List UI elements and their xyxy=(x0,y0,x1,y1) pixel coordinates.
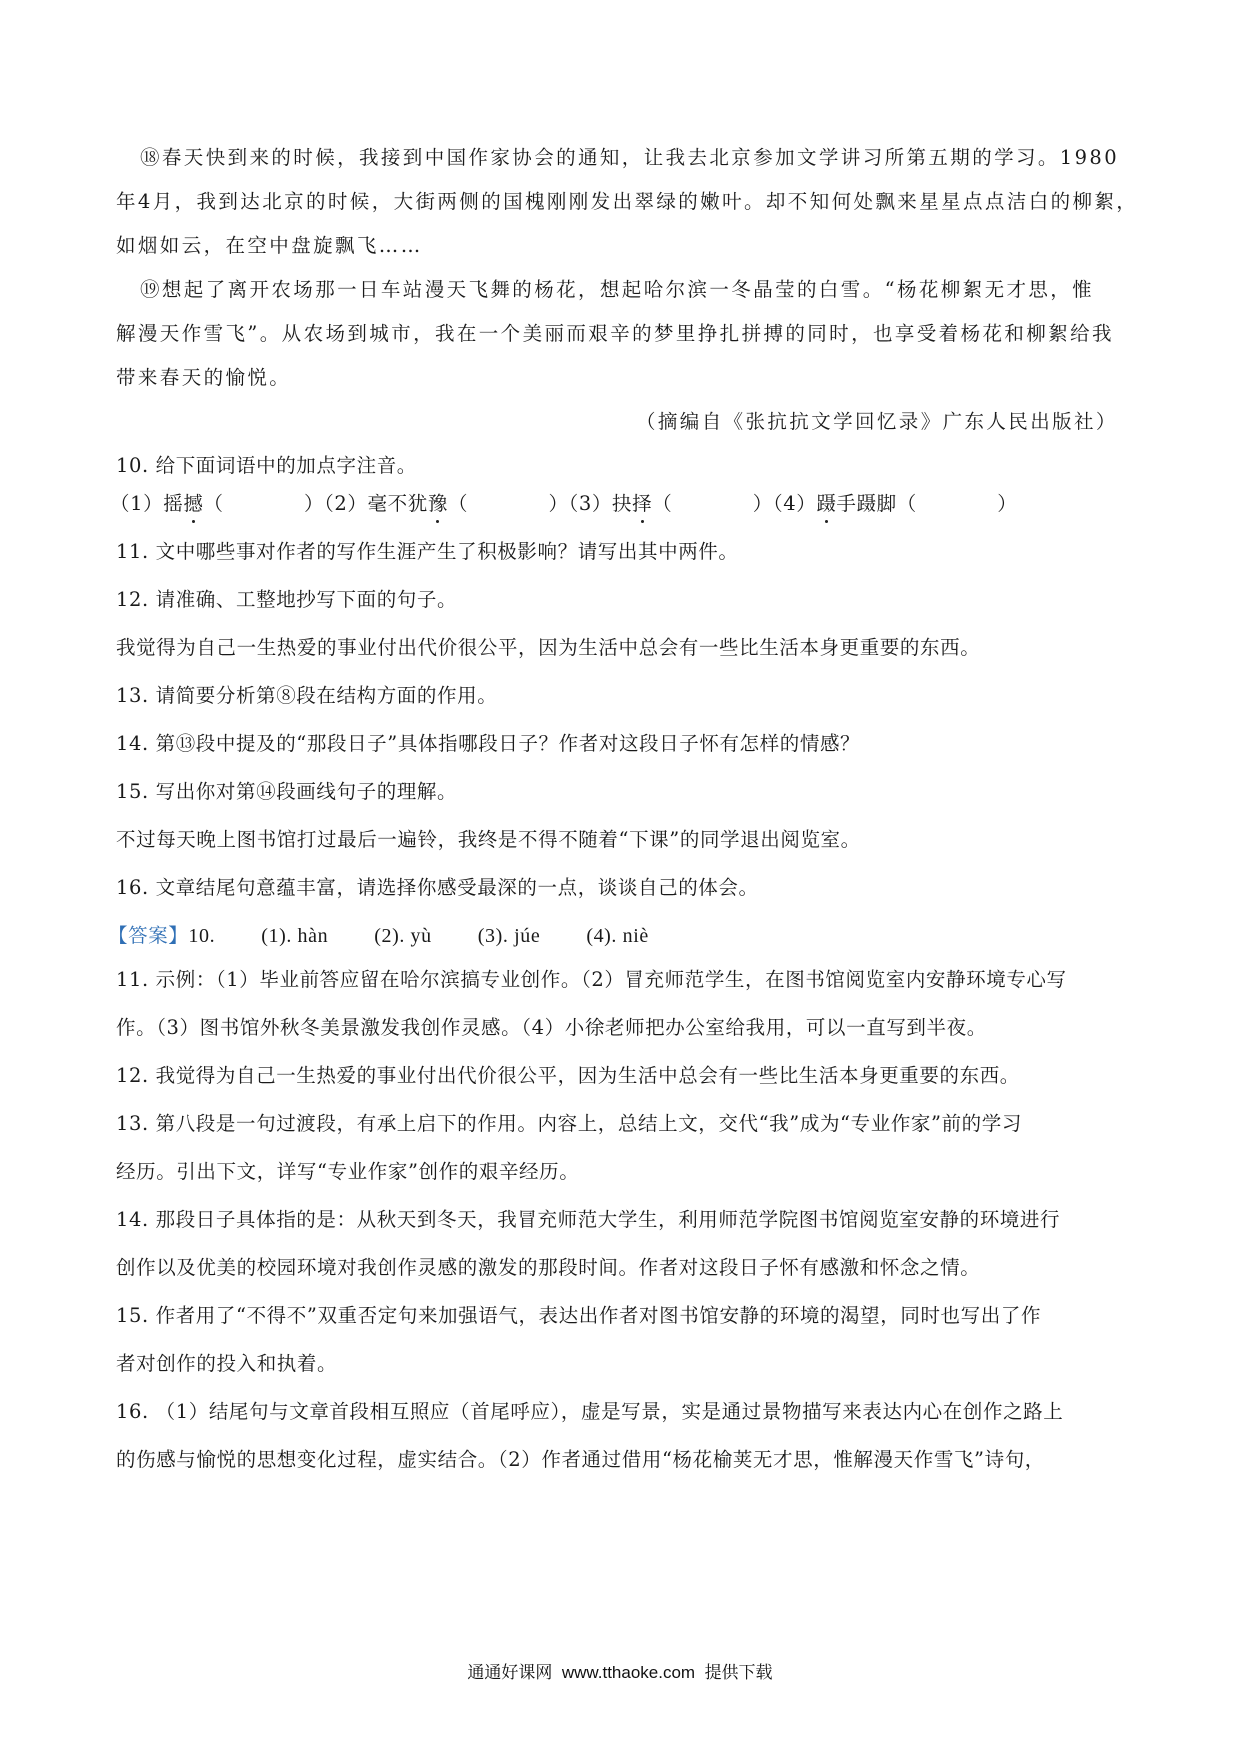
question-16: 16. 文章结尾句意蕴丰富，请选择你感受最深的一点，谈谈自己的体会。 xyxy=(116,874,759,902)
answer-14-line-2: 创作以及优美的校园环境对我创作灵感的激发的那段时间。作者对这段日子怀有感激和怀念… xyxy=(116,1254,980,1282)
citation: （摘编自《张抗抗文学回忆录》广东人民出版社） xyxy=(636,408,1118,436)
q10-item-1: （1）摇撼（ ） xyxy=(110,492,324,515)
paragraph-19-line-2: 解漫天作雪飞”。从农场到城市，我在一个美丽而艰辛的梦里挣扎拼搏的同时，也享受着杨… xyxy=(116,320,1114,348)
answer-11-line-1: 11. 示例：（1）毕业前答应留在哈尔滨搞专业创作。（2）冒充师范学生，在图书馆… xyxy=(116,966,1067,994)
answer-10-item-4: (4). niè xyxy=(586,925,649,947)
paragraph-18-line-2: 年4月，我到达北京的时候，大街两侧的国槐刚刚发出翠绿的嫩叶。却不知何处飘来星星点… xyxy=(116,188,1138,216)
paragraph-number: ⑲ xyxy=(140,278,162,301)
question-10-stem: 10. 给下面词语中的加点字注音。 xyxy=(116,452,417,480)
question-15-sentence: 不过每天晚上图书馆打过最后一遍铃，我终是不得不随着“下课”的同学退出阅览室。 xyxy=(116,826,861,854)
footer-url[interactable]: www.tthaoke.com xyxy=(562,1663,695,1682)
emphasis-dot-char: 蹑 xyxy=(816,490,836,518)
answer-16-line-2: 的伤感与愉悦的思想变化过程，虚实结合。（2）作者通过借用“杨花榆荚无才思，惟解漫… xyxy=(116,1446,1045,1474)
footer-site-name: 通通好课网 xyxy=(467,1663,552,1682)
answer-10-item-3: (3). júe xyxy=(478,925,541,947)
q10-item-3: （3）抉择（ ） xyxy=(569,492,773,515)
answer-10-item-1: (1). hàn xyxy=(261,925,328,947)
answer-10-item-2: (2). yù xyxy=(374,925,432,947)
answer-12: 12. 我觉得为自己一生热爱的事业付出代价很公平，因为生活中总会有一些比生活本身… xyxy=(116,1062,1020,1090)
answer-15-line-1: 15. 作者用了“不得不”双重否定句来加强语气，表达出作者对图书馆安静的环境的渴… xyxy=(116,1302,1041,1330)
paragraph-18-line-3: 如烟如云，在空中盘旋飘飞…… xyxy=(116,232,423,260)
emphasis-dot-char: 撼 xyxy=(183,490,203,518)
question-14: 14. 第⑬段中提及的“那段日子”具体指哪段日子？作者对这段日子怀有怎样的情感？ xyxy=(116,730,860,758)
answer-11-line-2: 作。（3）图书馆外秋冬美景激发我创作灵感。（4）小徐老师把办公室给我用，可以一直… xyxy=(116,1014,987,1042)
answer-14-line-1: 14. 那段日子具体指的是：从秋天到冬天，我冒充师范大学生，利用师范学院图书馆阅… xyxy=(116,1206,1060,1234)
question-12: 12. 请准确、工整地抄写下面的句子。 xyxy=(116,586,457,614)
answer-13-line-1: 13. 第八段是一句过渡段，有承上启下的作用。内容上，总结上文，交代“我”成为“… xyxy=(116,1110,1022,1138)
paragraph-19-line-1: ⑲想起了离开农场那一日车站漫天飞舞的杨花，想起哈尔滨一冬晶莹的白雪。“杨花柳絮无… xyxy=(140,276,1094,304)
footer: 通通好课网 www.tthaoke.com 提供下载 xyxy=(0,1658,1240,1683)
footer-suffix: 提供下载 xyxy=(705,1663,773,1682)
paragraph-18-line-1: ⑱春天快到来的时候，我接到中国作家协会的通知，让我去北京参加文学讲习所第五期的学… xyxy=(140,144,1119,172)
question-12-sentence: 我觉得为自己一生热爱的事业付出代价很公平，因为生活中总会有一些比生活本身更重要的… xyxy=(116,634,980,662)
q10-item-4: （4）蹑手蹑脚（ ） xyxy=(773,492,1018,515)
paragraph-number: ⑱ xyxy=(140,146,162,169)
question-11: 11. 文中哪些事对作者的写作生涯产生了积极影响？请写出其中两件。 xyxy=(116,538,739,566)
answer-10: 【答案】10.(1). hàn(2). yù(3). júe(4). niè xyxy=(108,922,649,950)
emphasis-dot-char: 豫 xyxy=(428,490,448,518)
question-15: 15. 写出你对第⑭段画线句子的理解。 xyxy=(116,778,457,806)
emphasis-dot-char: 择 xyxy=(632,490,652,518)
question-13: 13. 请简要分析第⑧段在结构方面的作用。 xyxy=(116,682,497,710)
answer-13-line-2: 经历。引出下文，详写“专业作家”创作的艰辛经历。 xyxy=(116,1158,579,1186)
paragraph-19-line-3: 带来春天的愉悦。 xyxy=(116,364,291,392)
question-10-items: （1）摇撼（ ）（2）毫不犹豫（ ）（3）抉择（ ）（4）蹑手蹑脚（ ） xyxy=(110,490,1017,518)
answer-16-line-1: 16. （1）结尾句与文章首段相互照应（首尾呼应），虚是写景，实是通过景物描写来… xyxy=(116,1398,1063,1426)
q10-item-2: （2）毫不犹豫（ ） xyxy=(324,492,569,515)
answer-15-line-2: 者对创作的投入和执着。 xyxy=(116,1350,337,1378)
answer-tag: 【答案】 xyxy=(108,924,188,947)
